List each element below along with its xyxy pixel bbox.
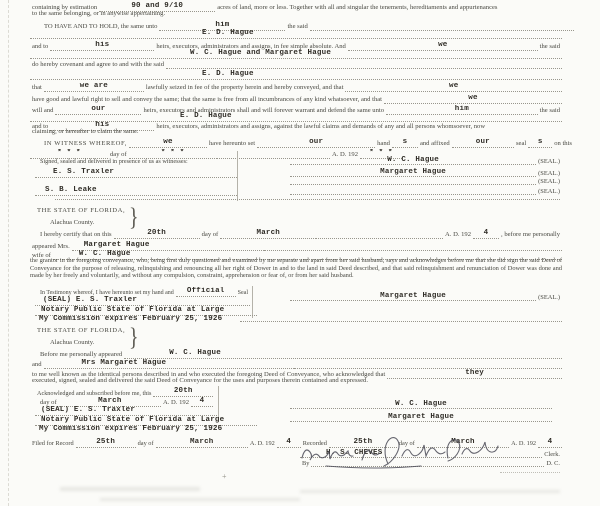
county-heading-2: Alachua County.: [48, 339, 198, 347]
grantor2-signature-typed-entry: Margaret Hague: [290, 168, 536, 177]
print-text: Signed, sealed and delivered in presence…: [38, 158, 190, 165]
grantors-name-typed-entry: W. C. Hague and Margaret Hague: [30, 49, 562, 59]
certify-line: I hereby certify that on this 20th day o…: [38, 229, 562, 239]
print-text: I hereby certify that on this: [38, 231, 114, 239]
seal-row-1: W. C. Hague (SEAL.): [290, 156, 562, 165]
print-text: day of: [200, 231, 221, 239]
lawful-right-typed-entry: we: [384, 94, 562, 104]
covenant-name-typed-entry: E. D. Hague: [30, 70, 562, 80]
dotted-line: [166, 62, 562, 69]
and-appeared-line: and Mrs Margaret Hague: [30, 359, 562, 369]
seized-pronoun-typed-entry: we: [345, 82, 562, 92]
grantors-name-line: W. C. Hague and Margaret Hague: [30, 49, 562, 59]
recorded-year-typed-entry: 4: [538, 438, 562, 448]
print-text: that: [30, 84, 44, 92]
covenant-name-line: E. D. Hague: [30, 70, 562, 80]
deputy-clerk-label: D. C.: [544, 460, 562, 467]
print-text: Filed for Record: [30, 440, 76, 447]
notary2-commission-line: My Commission expires February 25, 1926: [35, 425, 267, 434]
scan-smudge: [100, 498, 300, 501]
scan-smudge: [60, 487, 200, 491]
notary1-signature-line: (SEAL) E. S. Traxler: [35, 296, 250, 306]
notary1-signature-typed-entry: (SEAL) E. S. Traxler: [35, 296, 250, 306]
certify-year-typed-entry: 4: [473, 229, 499, 239]
witness-seal-divider: [237, 151, 238, 201]
seized-typed-entry: we are: [44, 82, 144, 92]
print-text: on this: [552, 140, 574, 148]
scan-smudge: [300, 490, 560, 493]
print-text: to the same belonging, or in anywise app…: [30, 10, 167, 18]
blank-typed-entry: [290, 194, 536, 195]
witness-heading: Signed, sealed and delivered in presence…: [38, 158, 236, 165]
print-text: THE STATE OF FLORIDA,: [35, 207, 127, 215]
ack-day-typed-entry: 20th: [153, 387, 213, 397]
hands-plural-typed-entry: s: [392, 138, 418, 148]
clerk-label: Clerk.: [542, 451, 562, 458]
notary1-commission-typed-entry: My Commission expires February 25, 1926: [35, 315, 267, 324]
witness-signature-1: E. S. Traxler: [35, 168, 237, 178]
acknowledged-line: Acknowledged and subscribed before me, t…: [35, 387, 213, 397]
notary2-signature-line: (SEAL) E. S. Traxler: [35, 406, 217, 416]
scanned-deed-document: containing by estimation 90 and 9/10 acr…: [0, 0, 600, 506]
notary1-commission-line: My Commission expires February 25, 1926: [35, 315, 267, 324]
county-heading-1: Alachua County.: [48, 219, 198, 227]
print-text: have hereunto set: [207, 140, 257, 148]
witness-our-typed-entry: our: [257, 138, 375, 148]
section-separator: [55, 199, 560, 200]
print-text: have good and lawful right to sell and c…: [30, 96, 384, 104]
left-margin-rule: [8, 0, 9, 506]
executed-line: executed, signed, sealed and delivered t…: [30, 377, 562, 385]
print-text: , before me personally: [499, 231, 562, 239]
print-text: THE STATE OF FLORIDA,: [35, 327, 127, 335]
print-text: and: [30, 361, 44, 369]
print-text: Before me personally appeared: [38, 351, 124, 359]
print-text: day of: [136, 440, 156, 447]
certify-day-typed-entry: 20th: [114, 229, 200, 239]
print-text: A. D. 192: [509, 440, 538, 447]
grantee-name-line: E. D. Hague: [30, 29, 562, 39]
ack-signature-row-2: Margaret Hague: [290, 413, 552, 422]
blank-typed-entry: [290, 184, 536, 185]
notary2-commission-typed-entry: My Commission expires February 25, 1926: [35, 425, 267, 434]
seal-label: (SEAL.): [536, 170, 562, 177]
witness-whereof-line: IN WITNESS WHEREOF, we have hereunto set…: [30, 138, 574, 148]
ack-signature-row-1: W. C. Hague: [290, 400, 552, 409]
seal-row-4: (SEAL.): [290, 188, 562, 195]
seals-plural-typed-entry: s: [528, 138, 552, 148]
appeared2-typed-entry: Mrs Margaret Hague: [44, 359, 294, 369]
seized-line: that we are lawfully seized in fee of th…: [30, 82, 562, 92]
seal-label: (SEAL.): [536, 178, 562, 185]
print-text: Acknowledged and subscribed before me, t…: [35, 390, 153, 397]
seal-label: (SEAL.): [536, 188, 562, 195]
appeared1-typed-entry: W. C. Hague: [124, 349, 562, 359]
print-text: Alachua County.: [48, 339, 96, 347]
filed-month-typed-entry: March: [156, 438, 248, 448]
witness1-typed-entry: E. S. Traxler: [35, 168, 237, 178]
certify-month-typed-entry: March: [220, 229, 316, 239]
appertaining-line: to the same belonging, or in anywise app…: [30, 10, 562, 18]
witness-signature-2: S. B. Leake: [35, 186, 237, 196]
dower-seal-row: Margaret Hague (SEAL.): [290, 292, 562, 301]
print-text: IN WITNESS WHEREOF,: [42, 140, 129, 148]
print-text: A. D. 192: [248, 440, 277, 447]
lawful-right-line: have good and lawful right to sell and c…: [30, 94, 562, 104]
dotted-line: [294, 362, 562, 369]
dotted-line: [500, 472, 560, 473]
print-text: and affixed: [418, 140, 452, 148]
witness-we-typed-entry: we: [129, 138, 207, 148]
notary2-bracket: [218, 386, 219, 420]
claiming-line: claiming, or hereafter to claim the same…: [30, 128, 562, 136]
seal-label: (SEAL.): [536, 158, 562, 165]
section-separator: [240, 321, 562, 322]
seal-row-2: Margaret Hague (SEAL.): [290, 168, 562, 177]
grantor1-signature-typed-entry: W. C. Hague: [290, 156, 536, 165]
print-text: executed, signed, sealed and delivered t…: [30, 377, 370, 385]
print-text: lawfully seized in fee of the property h…: [144, 84, 346, 92]
dower-signature-typed-entry: Margaret Hague: [290, 292, 536, 301]
print-text: Alachua County.: [48, 219, 96, 227]
witness2-typed-entry: S. B. Leake: [35, 186, 237, 196]
dower-paragraph: the grantor in the foregoing conveyance,…: [30, 257, 562, 280]
grantee-name-typed-entry: E. D. Hague: [30, 29, 562, 39]
before-me-line: Before me personally appeared W. C. Hagu…: [38, 349, 562, 359]
print-text: A. D. 192: [443, 231, 473, 239]
covenant-line: do hereby covenant and agree to and with…: [30, 61, 562, 69]
dotted-line: [316, 232, 443, 239]
ack-grantor1-typed-entry: W. C. Hague: [290, 400, 552, 409]
print-text: do hereby covenant and agree to and with…: [30, 61, 166, 69]
print-text: seal: [514, 140, 528, 148]
print-text: claiming, or hereafter to claim the same…: [30, 128, 141, 136]
print-text: hand: [375, 140, 392, 148]
affixed-our-typed-entry: our: [452, 138, 514, 148]
seal-row-3: (SEAL.): [290, 178, 562, 185]
ack-grantor2-typed-entry: Margaret Hague: [290, 413, 552, 422]
filed-day-typed-entry: 25th: [76, 438, 136, 448]
scan-artifact-plus: +: [222, 472, 227, 481]
seal-label: (SEAL.): [536, 294, 562, 301]
deputy-clerk-signature: [296, 430, 511, 472]
notary2-signature-typed-entry: (SEAL) E. S. Traxler: [35, 406, 217, 416]
